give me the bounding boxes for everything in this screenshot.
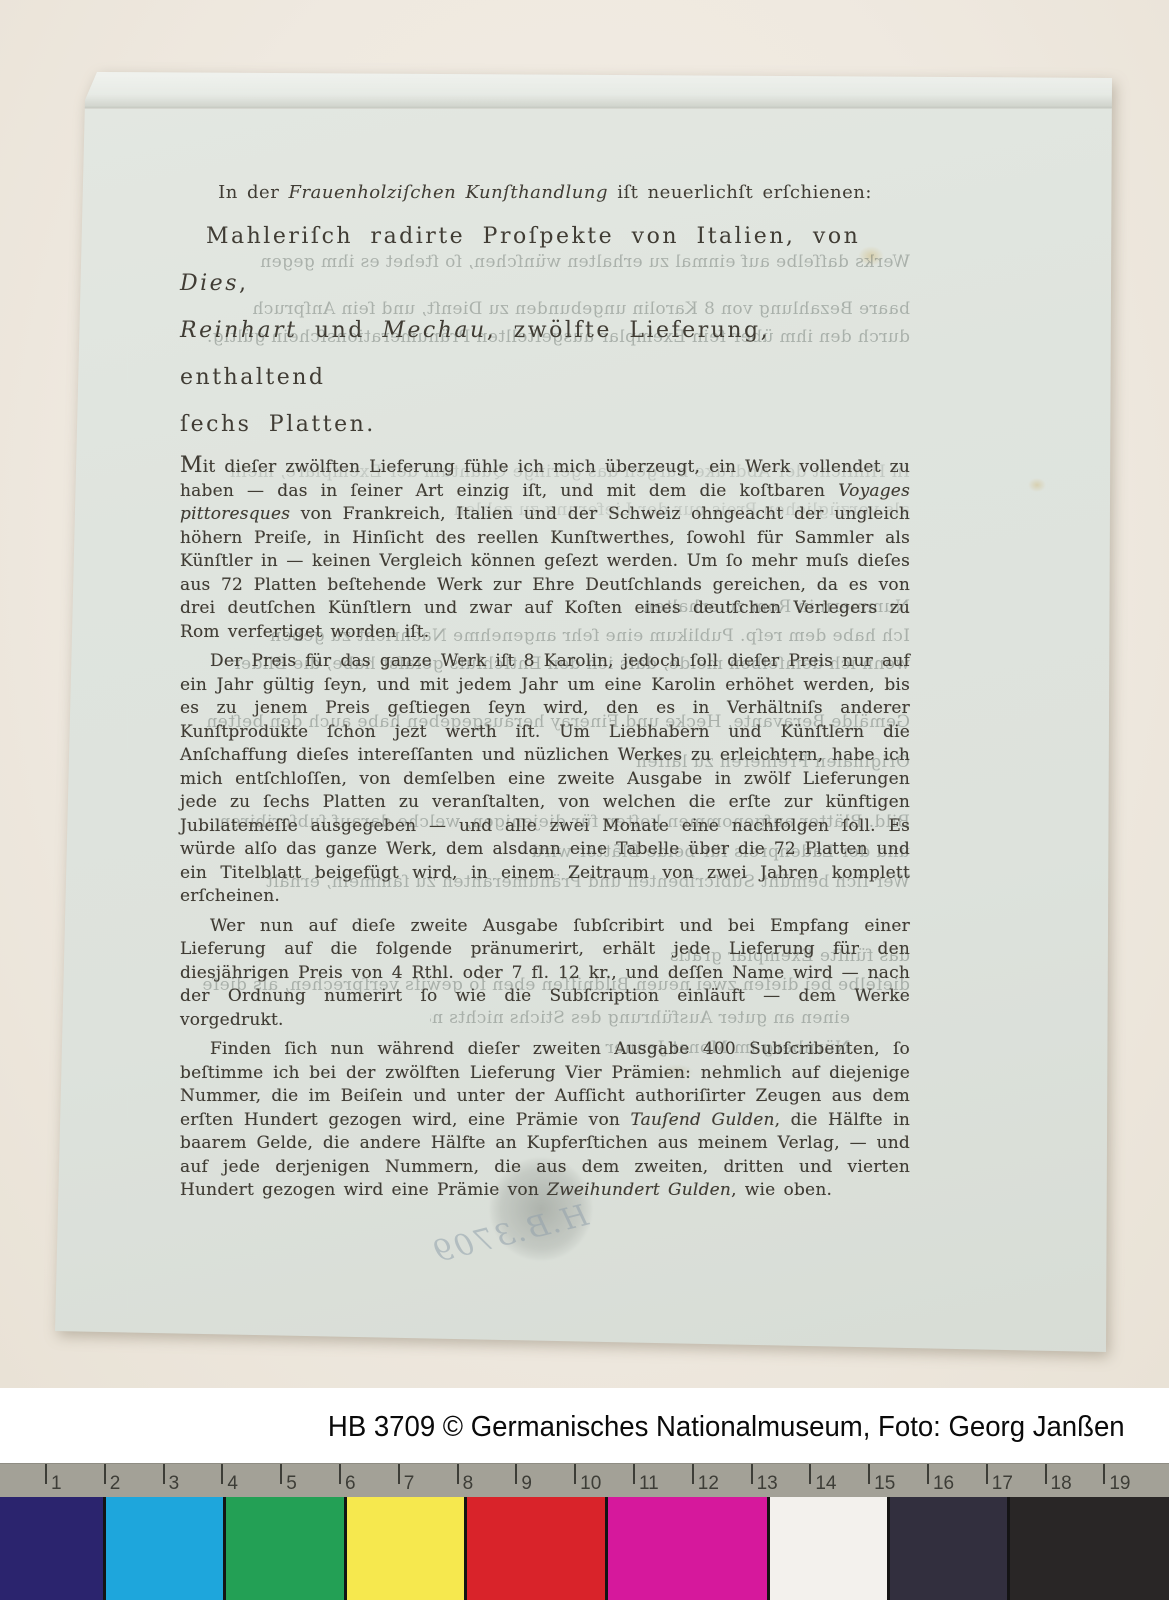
paragraph-segment: Tauſend Gulden (630, 1110, 774, 1130)
color-patch (1007, 1497, 1169, 1600)
ruler-cell: 8 (457, 1464, 516, 1497)
title-segment: ſechs Platten. (180, 412, 376, 437)
ruler-cell: 14 (809, 1464, 868, 1497)
color-patch (0, 1497, 103, 1600)
title-segment: und (297, 318, 382, 343)
title-block: Mahleriſch radirte Proſpekte von Italien… (180, 213, 910, 448)
ruler-number: 17 (992, 1473, 1013, 1495)
ruler-number: 8 (463, 1473, 474, 1495)
ruler-tick (221, 1464, 223, 1484)
paragraph-3: Wer nun auf dieſe zweite Ausgabe ſubſcri… (180, 915, 910, 1033)
ruler-cell: 12 (692, 1464, 751, 1497)
ruler-tick (104, 1464, 106, 1484)
ruler-cell: 1 (45, 1464, 104, 1497)
caption-text: HB 3709 © Germanisches Nationalmuseum, F… (328, 1388, 1125, 1463)
ruler-tick (280, 1464, 282, 1484)
title-line-2: Reinhart und Mechau, zwölfte Lieferung, … (180, 307, 910, 401)
ruler-tick (1103, 1464, 1105, 1484)
ruler-cell: 18 (1045, 1464, 1104, 1497)
ruler-cell: 4 (221, 1464, 280, 1497)
ruler-number: 16 (933, 1473, 954, 1495)
color-patch (605, 1497, 768, 1600)
color-patch (767, 1497, 887, 1600)
color-patch (887, 1497, 1008, 1600)
ruler-tick (163, 1464, 165, 1484)
ruler-cell: 19 (1103, 1464, 1162, 1497)
ruler-tick (339, 1464, 341, 1484)
caption-band: HB 3709 © Germanisches Nationalmuseum, F… (0, 1388, 1169, 1463)
title-segment: Mahleriſch radirte Proſpekte von Italien… (206, 224, 860, 249)
paper-shadow: Werks daſſelbe auf einmal zu erhalten wü… (0, 0, 1169, 1388)
ruler-tick (633, 1464, 635, 1484)
paragraph-2: Der Preis für das ganze Werk iſt 8 Karol… (180, 650, 910, 909)
heading-segment: In der (218, 182, 288, 203)
photo-area: Werks daſſelbe auf einmal zu erhalten wü… (0, 0, 1169, 1388)
ruler-cell: 10 (574, 1464, 633, 1497)
ruler-cell: 9 (515, 1464, 574, 1497)
color-patch (464, 1497, 604, 1600)
paragraph-segment: von Frankreich, Italien und der Schweiz … (180, 504, 910, 642)
ruler-tick (809, 1464, 811, 1484)
ruler-number: 2 (110, 1473, 121, 1495)
ruler-tick (398, 1464, 400, 1484)
ruler-number: 1 (51, 1473, 62, 1495)
ruler-cell: 15 (868, 1464, 927, 1497)
ruler-cell: 3 (163, 1464, 222, 1497)
ruler-cell: 2 (104, 1464, 163, 1497)
paper-stain (1028, 478, 1046, 492)
ruler-number: 15 (874, 1473, 895, 1495)
ruler-strip: 1 2 3 4 5 6 7 8 (0, 1463, 1169, 1497)
ruler-number: 7 (404, 1473, 415, 1495)
ruler-cell: 6 (339, 1464, 398, 1497)
ruler-tick (574, 1464, 576, 1484)
ruler-number: 3 (169, 1473, 180, 1495)
ruler-number: 18 (1051, 1473, 1072, 1495)
ruler-tick (515, 1464, 517, 1484)
ruler-tick (1045, 1464, 1047, 1484)
ruler-number: 5 (286, 1473, 297, 1495)
ruler-number: 10 (580, 1473, 601, 1495)
heading-segment: iſt neuerlichſt erſchienen: (608, 182, 872, 203)
heading-segment: Frauenholziſchen Kunſthandlung (289, 182, 608, 203)
title-line-1: Mahleriſch radirte Proſpekte von Italien… (180, 213, 910, 307)
title-segment: Dies (180, 271, 239, 296)
color-patch (344, 1497, 465, 1600)
paragraph-segment: Zweihundert Gulden (547, 1180, 731, 1200)
ruler-cell: 13 (751, 1464, 810, 1497)
ruler-number: 13 (757, 1473, 778, 1495)
ruler-cell: 17 (986, 1464, 1045, 1497)
ruler-number: 4 (227, 1473, 238, 1495)
color-patch (223, 1497, 344, 1600)
museum-scan: Werks daſſelbe auf einmal zu erhalten wü… (0, 0, 1169, 1600)
imprint-heading: In der Frauenholziſchen Kunſthandlung iſ… (180, 182, 910, 203)
ruler-number: 12 (698, 1473, 719, 1495)
ruler-number: 19 (1109, 1473, 1130, 1495)
ruler-cell: 11 (633, 1464, 692, 1497)
title-segment: Reinhart (180, 318, 297, 343)
ruler-number: 11 (639, 1473, 659, 1495)
title-segment: , (239, 271, 249, 296)
color-patch (103, 1497, 224, 1600)
paragraph-segment: Mit dieſer zwölften Lieferung fühle ich … (180, 457, 910, 501)
paragraph-segment: Der Preis für das ganze Werk iſt 8 Karol… (180, 651, 910, 906)
fold-crease (60, 70, 1120, 109)
ruler-cell: 7 (398, 1464, 457, 1497)
ruler-number: 6 (345, 1473, 356, 1495)
ruler-tick (457, 1464, 459, 1484)
ruler-cell: 16 (927, 1464, 986, 1497)
ruler-tick (868, 1464, 870, 1484)
ruler-cell: 5 (280, 1464, 339, 1497)
document-paper: Werks daſſelbe auf einmal zu erhalten wü… (0, 0, 1169, 1388)
title-line-3: ſechs Platten. (180, 401, 910, 448)
ruler-tick (45, 1464, 47, 1484)
ruler-tick (751, 1464, 753, 1484)
ruler-number: 9 (521, 1473, 532, 1495)
ruler-number: 14 (815, 1473, 836, 1495)
ruler-tick (692, 1464, 694, 1484)
ruler-tick (927, 1464, 929, 1484)
ruler-tick (986, 1464, 988, 1484)
paragraph-segment: Wer nun auf dieſe zweite Ausgabe ſubſcri… (180, 916, 910, 1030)
color-patch-row (0, 1497, 1169, 1600)
paragraph-segment: , wie oben. (731, 1180, 832, 1200)
paragraph-1: Mit dieſer zwölften Lieferung fühle ich … (180, 454, 910, 644)
bleedthrough-line: Johann Friedrich Frauenholz (175, 0, 910, 20)
title-segment: Mechau (382, 318, 486, 343)
document-text: In der Frauenholziſchen Kunſthandlung iſ… (180, 182, 910, 1209)
paragraph-4: Finden ſich nun während dieſer zweiten A… (180, 1038, 910, 1203)
